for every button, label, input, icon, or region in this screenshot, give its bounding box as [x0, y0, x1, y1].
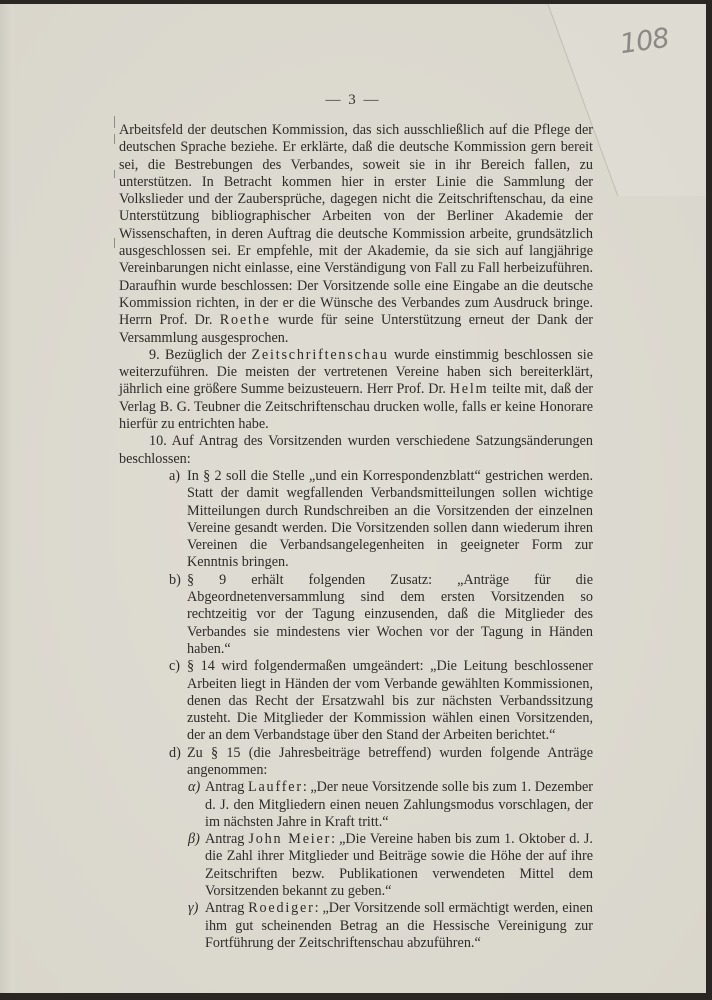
archive-number-handwritten: 108 [618, 23, 670, 60]
sub-list-item: γ)Antrag Roediger: „Der Vorsitzende soll… [119, 900, 593, 952]
list-item: c)§ 14 wird folgendermaßen umgeändert: „… [119, 658, 593, 744]
person-name: Lauffer [248, 779, 303, 795]
paragraph-10: 10. Auf Antrag des Vorsitzenden wurden v… [119, 433, 593, 468]
list-item: d)Zu § 15 (die Jahresbeiträge betreffend… [119, 745, 593, 780]
scanned-page: 108 — 3 — Arbeitsfeld der deutschen Komm… [0, 4, 706, 993]
document-body: Arbeitsfeld der deutschen Kommission, da… [119, 122, 593, 952]
paragraph-intro: Arbeitsfeld der deutschen Kommission, da… [119, 122, 593, 347]
page-number: — 3 — [0, 92, 706, 109]
page-binding-edge [0, 4, 14, 993]
paragraph-9: 9. Bezüglich der Zeitschriftenschau wurd… [119, 347, 593, 433]
sub-list-item: α)Antrag Lauffer: „Der neue Vorsitzende … [119, 779, 593, 831]
person-name: Roethe [220, 312, 271, 328]
list-item: a)In § 2 soll die Stelle „und ein Korres… [119, 468, 593, 572]
sub-list-item: β)Antrag John Meier: „Die Vereine haben … [119, 831, 593, 900]
person-name: Roediger [248, 900, 314, 916]
list-item: b)§ 9 erhält folgenden Zusatz: „Anträge … [119, 572, 593, 658]
person-name: Helm [450, 381, 489, 397]
emphasized-term: Zeitschriftenschau [251, 347, 388, 363]
person-name: John Meier [248, 831, 331, 847]
